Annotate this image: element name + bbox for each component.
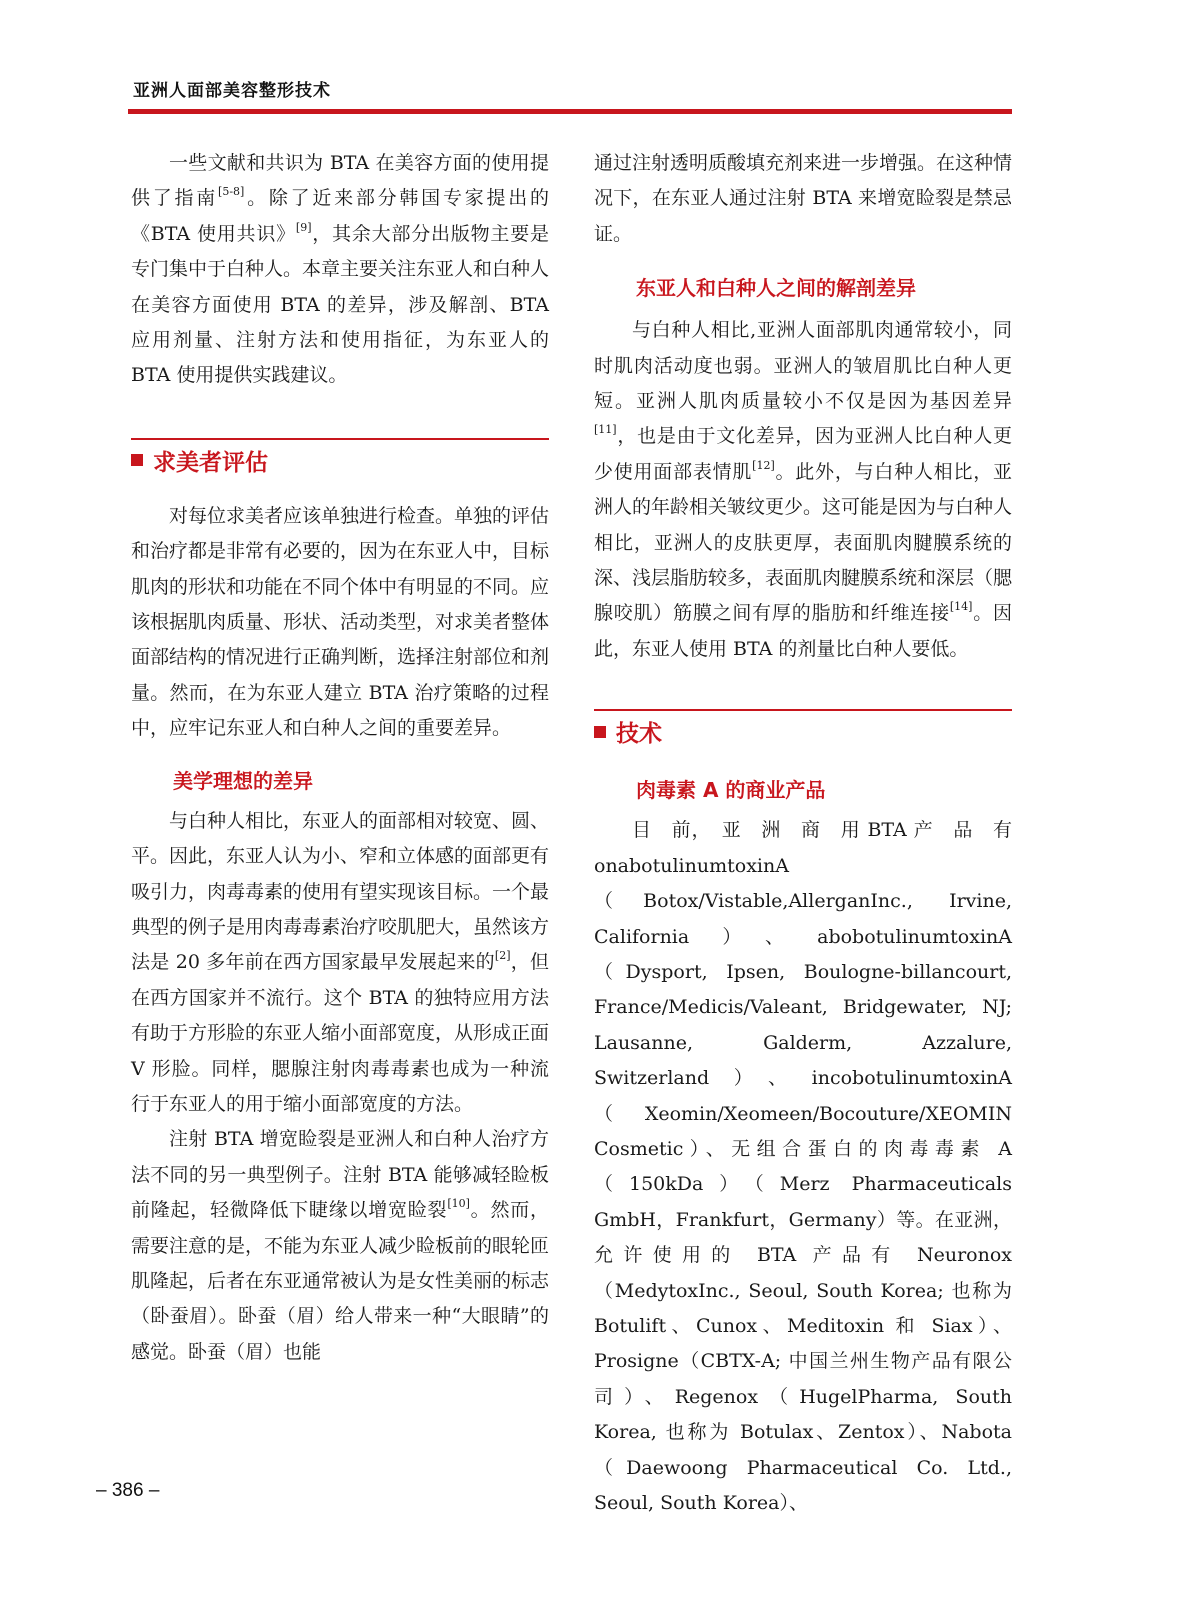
section-rule xyxy=(594,709,1012,711)
header-rule xyxy=(128,109,1012,114)
square-bullet-icon xyxy=(131,454,143,466)
assessment-paragraph: 对每位求美者应该单独进行检查。单独的评估和治疗都是非常有必要的，因为在东亚人中，… xyxy=(131,499,549,747)
aesthetic-paragraph-2: 注射 BTA 增宽睑裂是亚洲人和白种人治疗方法不同的另一典型例子。注射 BTA … xyxy=(131,1122,549,1370)
citation: [2] xyxy=(495,949,511,962)
page-number: – 386 – xyxy=(96,1480,159,1502)
section-heading-technique: 技术 xyxy=(594,715,1012,748)
subsection-heading-commercial-products: 肉毒素 A 的商业产品 xyxy=(594,774,1012,803)
section-heading-assessment: 求美者评估 xyxy=(131,444,549,477)
continuation-paragraph: 通过注射透明质酸填充剂来进一步增强。在这种情况下，在东亚人通过注射 BTA 来增… xyxy=(594,146,1012,252)
products-paragraph: 目 前， 亚 洲 商 用 BTA 产 品 有 onabotulinumtoxin… xyxy=(594,813,1012,1521)
text: ，但在西方国家并不流行。这个 BTA 的独特应用方法有助于方形脸的东亚人缩小面部… xyxy=(131,951,549,1115)
citation: [5-8] xyxy=(218,185,244,198)
right-column: 通过注射透明质酸填充剂来进一步增强。在这种情况下，在东亚人通过注射 BTA 来增… xyxy=(594,146,1012,1521)
subsection-heading-anatomy: 东亚人和白种人之间的解剖差异 xyxy=(594,272,1012,301)
section-title: 技术 xyxy=(616,715,662,748)
text: 与白种人相比,亚洲人面部肌肉通常较小，同时肌肉活动度也弱。亚洲人的皱眉肌比白种人… xyxy=(594,319,1012,412)
text: ，其余大部分出版物主要是专门集中于白种人。本章主要关注东亚人和白种人在美容方面使… xyxy=(131,223,549,387)
citation: [11] xyxy=(594,423,617,436)
citation: [10] xyxy=(447,1197,470,1210)
section-title: 求美者评估 xyxy=(153,444,268,477)
anatomy-paragraph: 与白种人相比,亚洲人面部肌肉通常较小，同时肌肉活动度也弱。亚洲人的皱眉肌比白种人… xyxy=(594,313,1012,667)
intro-paragraph: 一些文献和共识为 BTA 在美容方面的使用提供了指南[5-8]。除了近来部分韩国… xyxy=(131,146,549,394)
citation: [12] xyxy=(752,459,775,472)
citation: [9] xyxy=(296,221,312,234)
subsection-heading-aesthetic-ideals: 美学理想的差异 xyxy=(131,765,549,794)
aesthetic-paragraph-1: 与白种人相比，东亚人的面部相对较宽、圆、平。因此，东亚人认为小、窄和立体感的面部… xyxy=(131,804,549,1123)
citation: [14] xyxy=(950,600,973,613)
section-rule xyxy=(131,438,549,440)
left-column: 一些文献和共识为 BTA 在美容方面的使用提供了指南[5-8]。除了近来部分韩国… xyxy=(131,146,549,1370)
text: 。然而，需要注意的是，不能为东亚人减少睑板前的眼轮匝肌隆起，后者在东亚通常被认为… xyxy=(131,1199,549,1363)
running-head-title: 亚洲人面部美容整形技术 xyxy=(133,76,331,101)
square-bullet-icon xyxy=(594,726,606,738)
text: 与白种人相比，东亚人的面部相对较宽、圆、平。因此，东亚人认为小、窄和立体感的面部… xyxy=(131,810,549,974)
